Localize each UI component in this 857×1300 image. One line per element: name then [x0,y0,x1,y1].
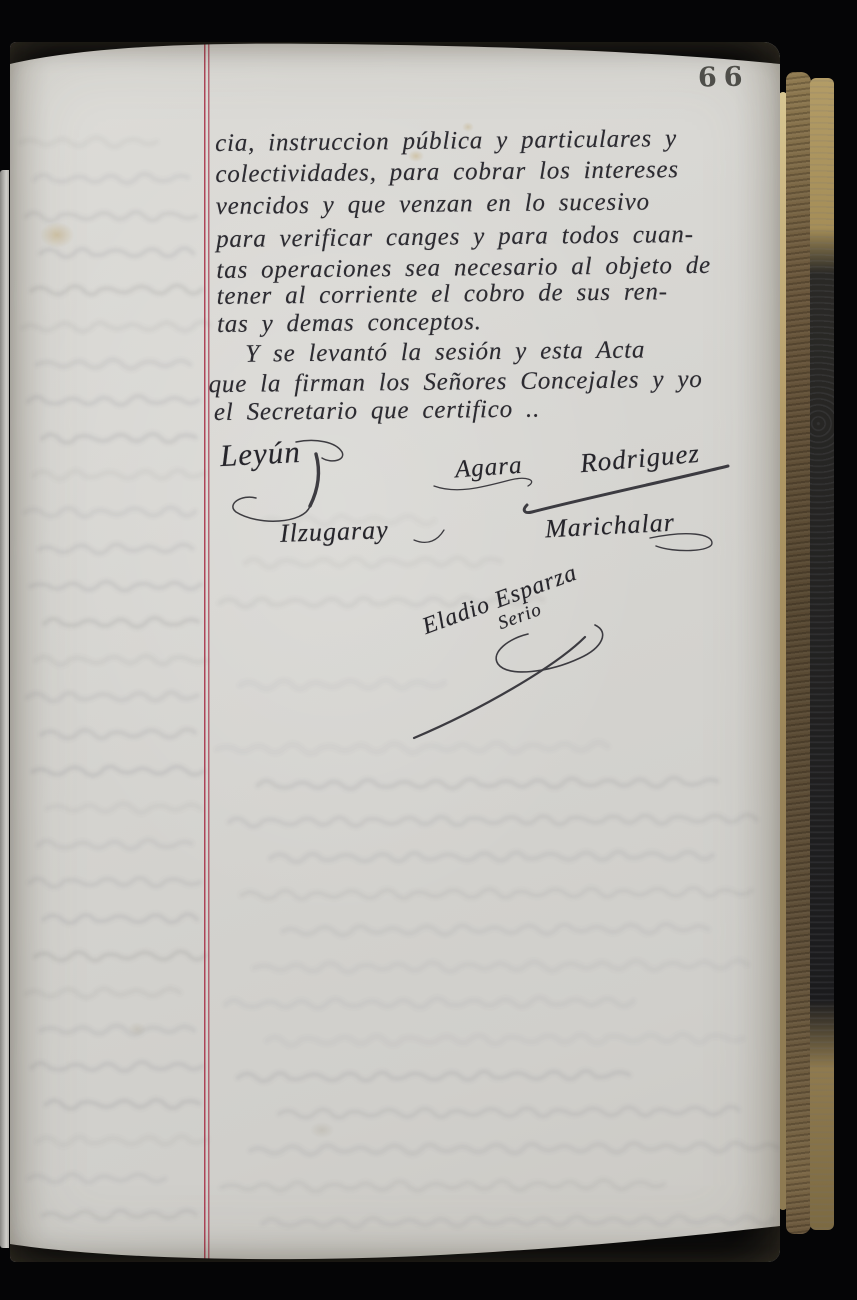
manuscript-line-8: Y se levantó la sesión y esta Acta [245,338,645,368]
manuscript-page: 66 cia, instruccion pública y particular… [10,42,780,1262]
paper-stain [310,1122,334,1138]
manuscript-line-3: vencidos y que venzan en lo sucesivo [216,189,650,220]
margin-rule [204,42,210,1262]
paper-stain [40,222,74,248]
manuscript-line-2: colectividades, para cobrar los interese… [215,157,679,188]
book-scan-photo: 66 cia, instruccion pública y particular… [0,0,857,1300]
manuscript-line-9: que la firman los Señores Concejales y y… [209,367,703,398]
signature-ilzugaray: Ilzugaray [280,515,390,549]
page-number-stamp: 66 [698,62,750,94]
signature-eladio-esparza: Eladio Esparza Serio [419,560,588,660]
signature-agara: Agara [454,452,523,485]
manuscript-line-10: el Secretario que certifico .. [214,397,540,426]
previous-page-edge [0,170,9,1248]
signature-marichalar: Marichalar [544,508,675,545]
manuscript-line-4: para verificar canges y para todos cuan- [216,222,694,253]
signature-leyun: Leyún [219,434,302,474]
manuscript-body: cia, instruccion pública y particulares … [10,42,779,44]
book-fore-edge [786,72,811,1234]
paper-stain [128,1022,146,1036]
manuscript-line-7: tas y demas conceptos. [217,309,482,338]
signature-rodriguez: Rodriguez [579,438,701,479]
book-cover-edge [810,78,834,1230]
manuscript-line-1: cia, instruccion pública y particulares … [215,126,677,157]
manuscript-line-6: tener al corriente el cobro de sus ren- [217,279,668,310]
